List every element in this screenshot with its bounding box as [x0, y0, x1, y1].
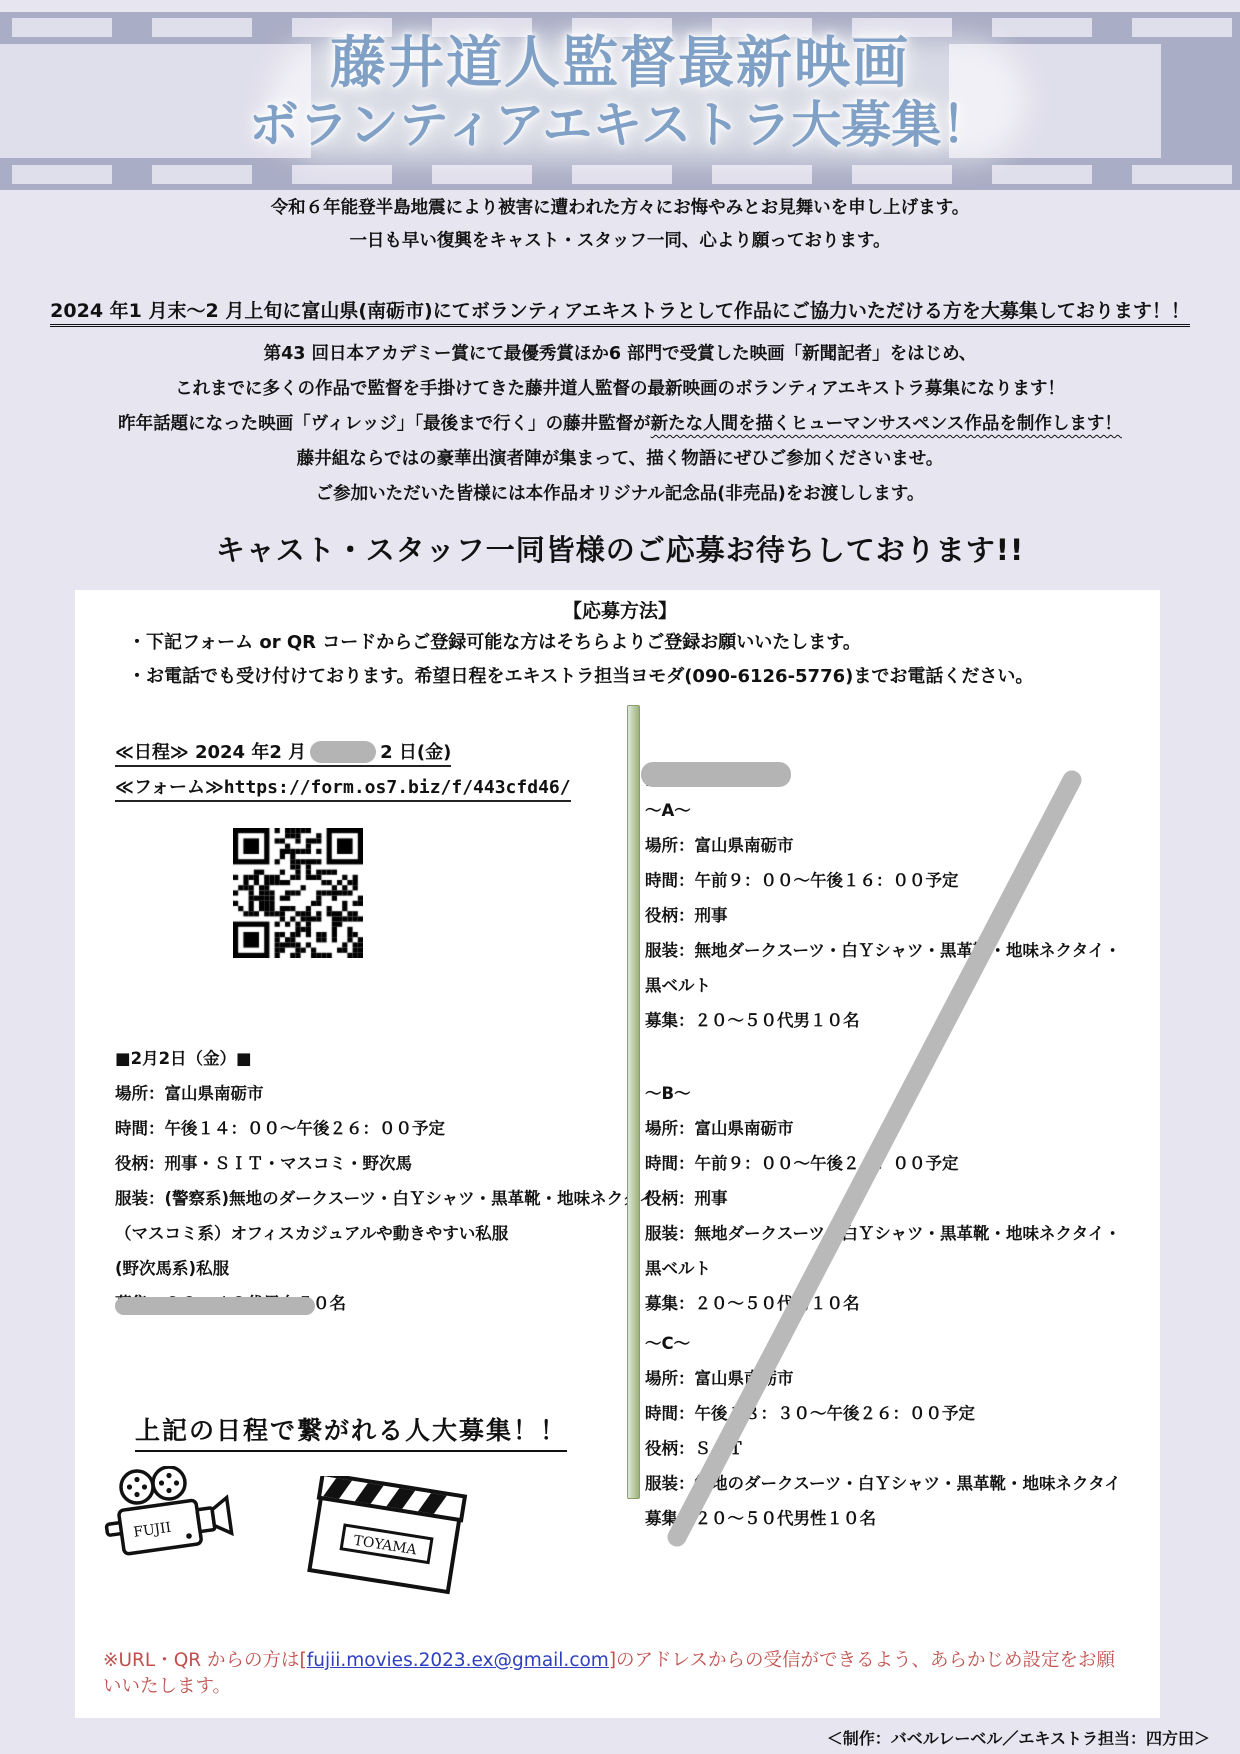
email-note-prefix: ※URL・QR からの方は[ — [103, 1650, 307, 1671]
flyer-page: 藤井道人監督最新映画 ボランティアエキストラ大募集！ 令和６年能登半島地震により… — [0, 0, 1240, 1754]
diagonal-redaction-line — [0, 0, 1240, 1754]
email-note: ※URL・QR からの方は[fujii.movies.2023.ex@gmail… — [103, 1648, 1123, 1700]
email-link[interactable]: fujii.movies.2023.ex@gmail.com — [307, 1650, 609, 1671]
credit-line: ＜制作：バベルレーベル／エキストラ担当：四方田＞ — [0, 1726, 1210, 1749]
